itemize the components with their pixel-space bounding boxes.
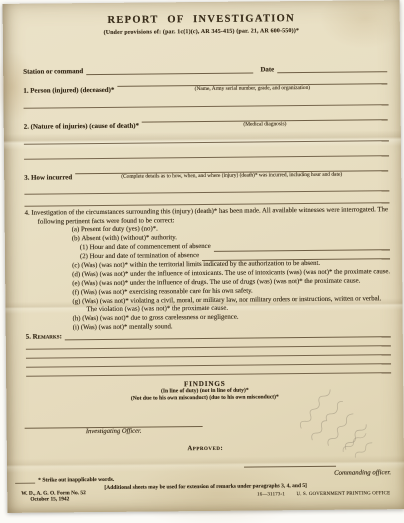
ruled-line bbox=[26, 372, 391, 377]
ruled-line bbox=[26, 345, 391, 350]
investigation-section: 4. Investigation of the circumstances su… bbox=[25, 206, 391, 333]
investigating-officer-caption: Investigating Officer. bbox=[25, 427, 203, 436]
footnote-line-segment bbox=[15, 479, 35, 484]
strike-note: * Strike out inapplicable words. bbox=[38, 477, 114, 484]
how-incurred-caption: (Complete details as to how, when, and w… bbox=[75, 172, 388, 181]
form-header: REPORT OF INVESTIGATION (Under provision… bbox=[3, 12, 400, 37]
injuries-caption: (Medical diagnosis) bbox=[142, 121, 388, 129]
ruled-line bbox=[24, 104, 389, 109]
station-command-label: Station or command bbox=[23, 68, 83, 76]
printing-office-block: 16—31173-1 U. S. GOVERNMENT PRINTING OFF… bbox=[257, 491, 390, 497]
ruled-line bbox=[24, 190, 389, 195]
investigating-officer-block: Investigating Officer. bbox=[25, 426, 203, 436]
print-code: 16—31173-1 bbox=[257, 492, 285, 497]
scanned-document-page: REPORT OF INVESTIGATION (Under provision… bbox=[0, 0, 404, 523]
station-fill-line bbox=[86, 66, 253, 76]
form-date: October 15, 1942 bbox=[21, 497, 86, 503]
person-label: 1. Person (injured) (deceased)* bbox=[23, 87, 114, 95]
ruled-line bbox=[24, 140, 389, 145]
injuries-row: 2. (Nature of injuries) (cause of death)… bbox=[24, 119, 388, 130]
remarks-label: 5. Remarks: bbox=[26, 333, 62, 340]
printing-office: U. S. GOVERNMENT PRINTING OFFICE bbox=[296, 491, 390, 497]
ruled-line bbox=[26, 354, 391, 359]
date-fill-line bbox=[277, 64, 387, 73]
form-subtitle: (Under provisions of: (par. 1c(1)(c), AR… bbox=[3, 27, 400, 37]
approved-label: Approved: bbox=[7, 443, 404, 454]
form-title: REPORT OF INVESTIGATION bbox=[3, 12, 400, 27]
ruled-line bbox=[26, 363, 391, 368]
age-stain bbox=[127, 458, 308, 523]
form-number-block: W. D., A. G. O. Form No. 52 October 15, … bbox=[21, 491, 86, 503]
station-date-row: Station or command Date bbox=[23, 64, 387, 75]
injuries-label: 2. (Nature of injuries) (cause of death)… bbox=[24, 122, 139, 130]
form-paper: REPORT OF INVESTIGATION (Under provision… bbox=[3, 0, 404, 513]
remarks-fill-line bbox=[65, 329, 391, 340]
how-incurred-row: 3. How incurred (Complete details as to … bbox=[24, 170, 388, 181]
strike-note-row: * Strike out inapplicable words. bbox=[15, 477, 114, 484]
person-row: 1. Person (injured) (deceased)* (Name, A… bbox=[23, 83, 387, 94]
commanding-officer-signature-line bbox=[244, 466, 336, 468]
commanding-officer-caption: Commanding officer. bbox=[334, 469, 391, 477]
person-caption: (Name, Army serial number, grade, and or… bbox=[117, 85, 387, 93]
how-incurred-label: 3. How incurred bbox=[24, 174, 72, 181]
findings-section: FINDINGS (In line of duty) (not in line … bbox=[6, 378, 403, 403]
remarks-section: 5. Remarks: bbox=[26, 329, 391, 377]
ruled-line bbox=[24, 155, 389, 160]
date-label: Date bbox=[260, 66, 274, 73]
